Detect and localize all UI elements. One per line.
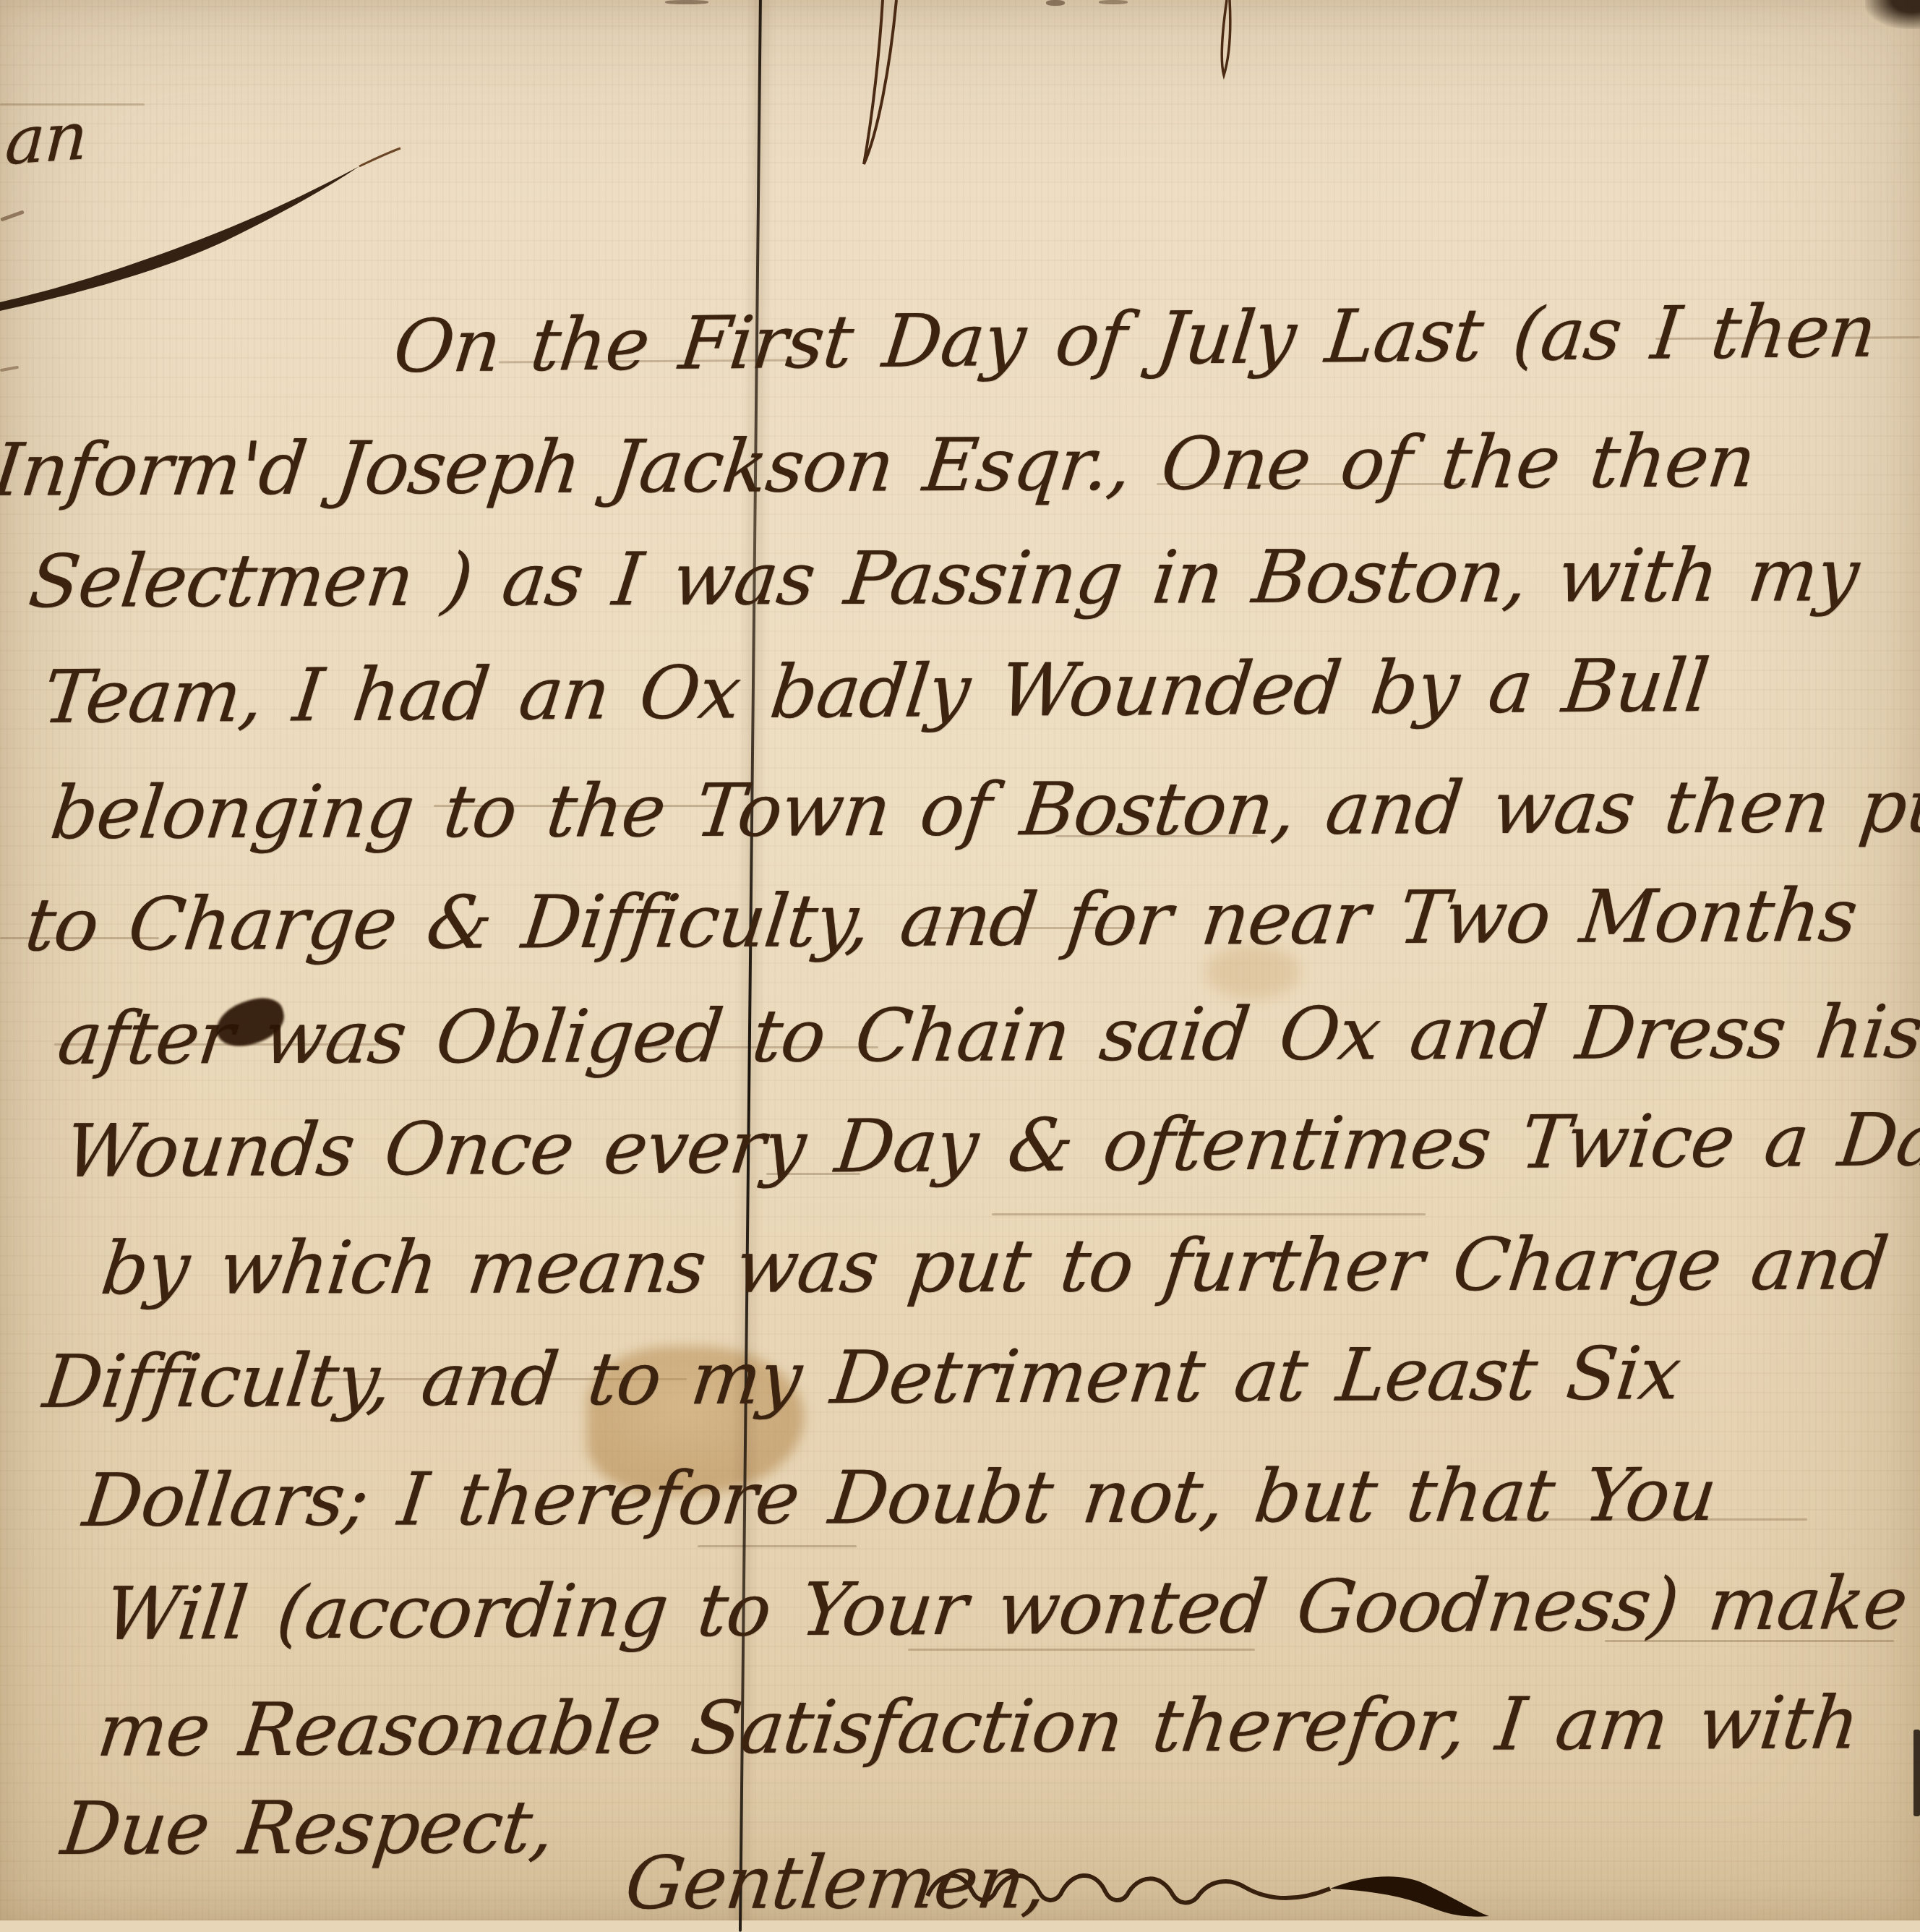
letter-line-1: On the First Day of July Last (as I then [390,295,1880,383]
letter-line-9: by which means was put to further Charge… [98,1228,1891,1305]
letter-line-4: Team, I had an Ox badly Wounded by a Bul… [40,649,1712,734]
letter-line-11: Dollars; I therefore Doubt not, but that… [80,1458,1720,1537]
letter-line-2: Inform'd Joseph Jackson Esqr., One of th… [0,424,1759,507]
letter-line-14: Due Respect, [58,1791,558,1865]
letter-line-12: Will (according to Your wonted Goodness)… [101,1567,1911,1651]
closing-flourish-tail [1330,1876,1489,1916]
letter-line-3: Selectmen ) as I was Passing in Boston, … [25,539,1862,618]
letter-line-13: me Reasonable Satisfaction therefor, I a… [94,1686,1862,1767]
letter-line-15: Gentlemen, [622,1846,1050,1920]
letter-line-8: Wounds Once every Day & oftentimes Twice… [61,1103,1920,1188]
top-left-fragment: an [4,103,89,175]
descender-loop-fold [864,0,896,164]
pen-flourish-tip [359,148,400,166]
pen-flourish-stroke [0,166,359,311]
letter-line-6: to Charge & Difficulty, and for near Two… [22,879,1861,962]
letter-line-5: belonging to the Town of Boston, and was… [47,770,1920,850]
descender-loop-right [1222,0,1230,75]
letter-line-10: Difficulty, and to my Detriment at Least… [40,1337,1684,1419]
letter-line-7: after was Obliged to Chain said Ox and D… [54,996,1920,1075]
